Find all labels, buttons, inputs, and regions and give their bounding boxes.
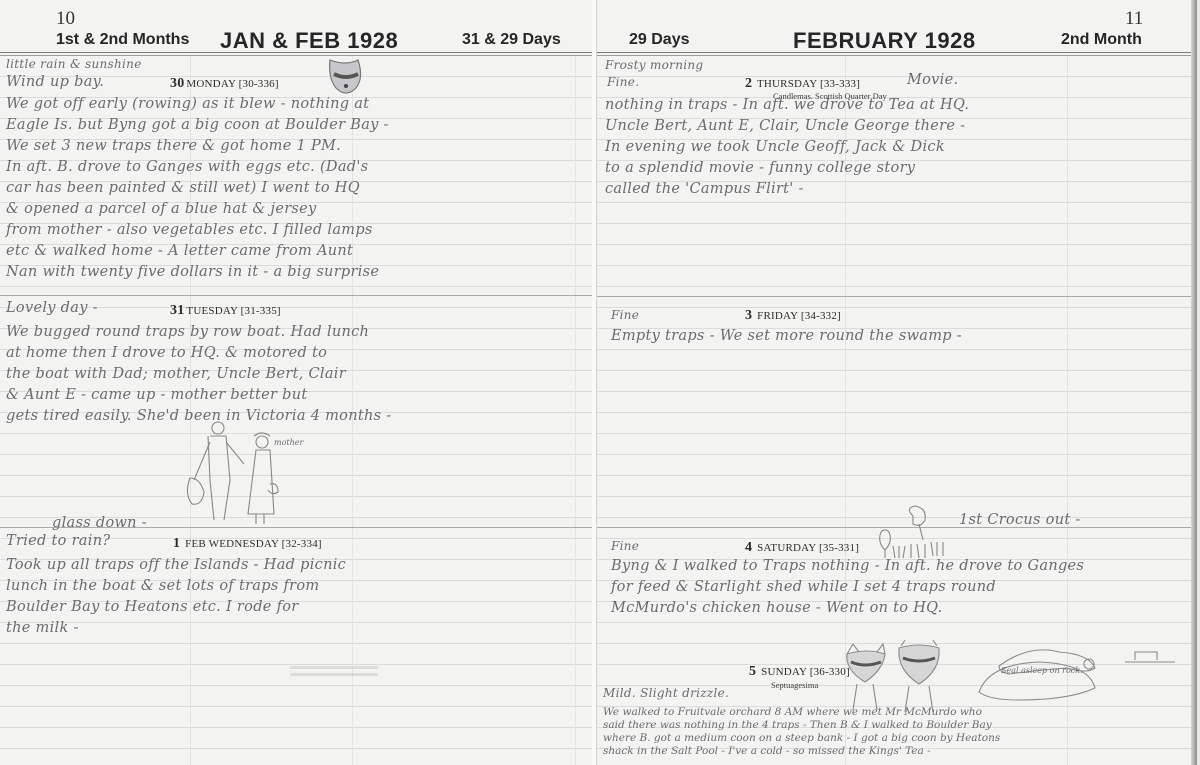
diary-line: said there was nothing in the 4 traps - … xyxy=(603,719,992,731)
page-title: FEBRUARY 1928 xyxy=(793,28,976,54)
weather-note: Frosty morning xyxy=(605,58,703,72)
diary-line: car has been painted & still wet) I went… xyxy=(6,180,360,196)
diary-line: lunch in the boat & set lots of traps fr… xyxy=(6,578,319,594)
raccoon-head-sketch xyxy=(322,56,370,103)
margin-note: 1st Crocus out - xyxy=(959,512,1081,528)
day-label: 31TUESDAY [31-335] xyxy=(170,303,281,319)
diary-line: We bugged round traps by row boat. Had l… xyxy=(6,324,369,340)
days-label: 31 & 29 Days xyxy=(462,31,561,49)
weather-note: Wind up bay. xyxy=(6,74,104,90)
day-label: 4 SATURDAY [35-331] xyxy=(745,540,859,556)
diary-line: Nan with twenty five dollars in it - a b… xyxy=(6,264,379,280)
diary-line: We walked to Fruitvale orchard 8 AM wher… xyxy=(603,706,982,718)
diary-line: etc & walked home - A letter came from A… xyxy=(6,243,353,259)
day-label: 2 THURSDAY [33-333] xyxy=(745,76,860,92)
months-label: 1st & 2nd Months xyxy=(56,31,189,49)
days-label: 29 Days xyxy=(629,31,690,49)
sketch-caption: Seal asleep on rock. xyxy=(1001,666,1083,675)
diary-line: We got off early (rowing) as it blew - n… xyxy=(6,96,369,112)
day-label: 3 FRIDAY [34-332] xyxy=(745,308,841,324)
page-title: JAN & FEB 1928 xyxy=(220,28,398,54)
day-label: 5 SUNDAY [36-330] xyxy=(749,664,850,680)
day-event: Septuagesima xyxy=(771,680,818,690)
diary-line: Uncle Bert, Aunt E, Clair, Uncle George … xyxy=(605,118,965,134)
margin-note: Movie. xyxy=(907,72,958,88)
right-page-header: 11 29 Days FEBRUARY 1928 2nd Month xyxy=(597,0,1197,56)
diary-line: called the 'Campus Flirt' - xyxy=(605,181,804,197)
diary-line: & Aunt E - came up - mother better but xyxy=(6,387,308,403)
day-label: 30MONDAY [30-336] xyxy=(170,76,279,92)
diary-line: shack in the Salt Pool - I've a cold - s… xyxy=(603,745,931,757)
left-page-header: 10 1st & 2nd Months JAN & FEB 1928 31 & … xyxy=(0,0,592,56)
weather-note: glass down - xyxy=(52,515,147,531)
page-number-right: 11 xyxy=(1125,8,1143,30)
diary-line: from mother - also vegetables etc. I fil… xyxy=(6,222,373,238)
weather-note: little rain & sunshine xyxy=(6,57,142,71)
weather-note: Fine xyxy=(611,539,639,553)
weather-note: Lovely day - xyxy=(6,300,98,316)
diary-line: the milk - xyxy=(6,620,79,636)
diary-line: nothing in traps - In aft. we drove to T… xyxy=(605,97,969,113)
page-number-left: 10 xyxy=(56,8,75,30)
diary-line: where B. got a medium coon on a steep ba… xyxy=(603,732,1000,744)
faded-stamp xyxy=(290,662,400,692)
diary-line: In aft. B. drove to Ganges with eggs etc… xyxy=(6,159,368,175)
weather-note: Fine. xyxy=(607,75,639,89)
weather-note: Fine xyxy=(611,308,639,322)
diary-line: We set 3 new traps there & got home 1 PM… xyxy=(6,138,341,154)
diary-line: Empty traps - We set more round the swam… xyxy=(611,328,962,344)
day-label: 1 FEB WEDNESDAY [32-334] xyxy=(173,536,322,552)
diary-line: for feed & Starlight shed while I set 4 … xyxy=(611,579,996,595)
diary-line: at home then I drove to HQ. & motored to xyxy=(6,345,327,361)
crocus-flowers-sketch xyxy=(875,506,955,563)
diary-line: Byng & I walked to Traps nothing - In af… xyxy=(611,558,1084,574)
diary-line: to a splendid movie - funny college stor… xyxy=(605,160,915,176)
sketch-caption: mother xyxy=(274,438,303,447)
weather-note: Mild. Slight drizzle. xyxy=(603,686,729,700)
right-diary-page: 11 29 Days FEBRUARY 1928 2nd Month Frost… xyxy=(596,0,1197,765)
couple-walking-sketch: mother xyxy=(178,420,288,535)
diary-line: McMurdo's chicken house - Went on to HQ. xyxy=(611,600,943,616)
diary-line: In evening we took Uncle Geoff, Jack & D… xyxy=(605,139,945,155)
diary-line: Took up all traps off the Islands - Had … xyxy=(6,557,346,573)
diary-line: & opened a parcel of a blue hat & jersey xyxy=(6,201,317,217)
left-diary-page: 10 1st & 2nd Months JAN & FEB 1928 31 & … xyxy=(0,0,593,765)
diary-line: Boulder Bay to Heatons etc. I rode for xyxy=(6,599,299,615)
month-label: 2nd Month xyxy=(1061,31,1142,49)
weather-note: Tried to rain? xyxy=(6,533,110,549)
diary-line: the boat with Dad; mother, Uncle Bert, C… xyxy=(6,366,346,382)
diary-line: Eagle Is. but Byng got a big coon at Bou… xyxy=(6,117,389,133)
